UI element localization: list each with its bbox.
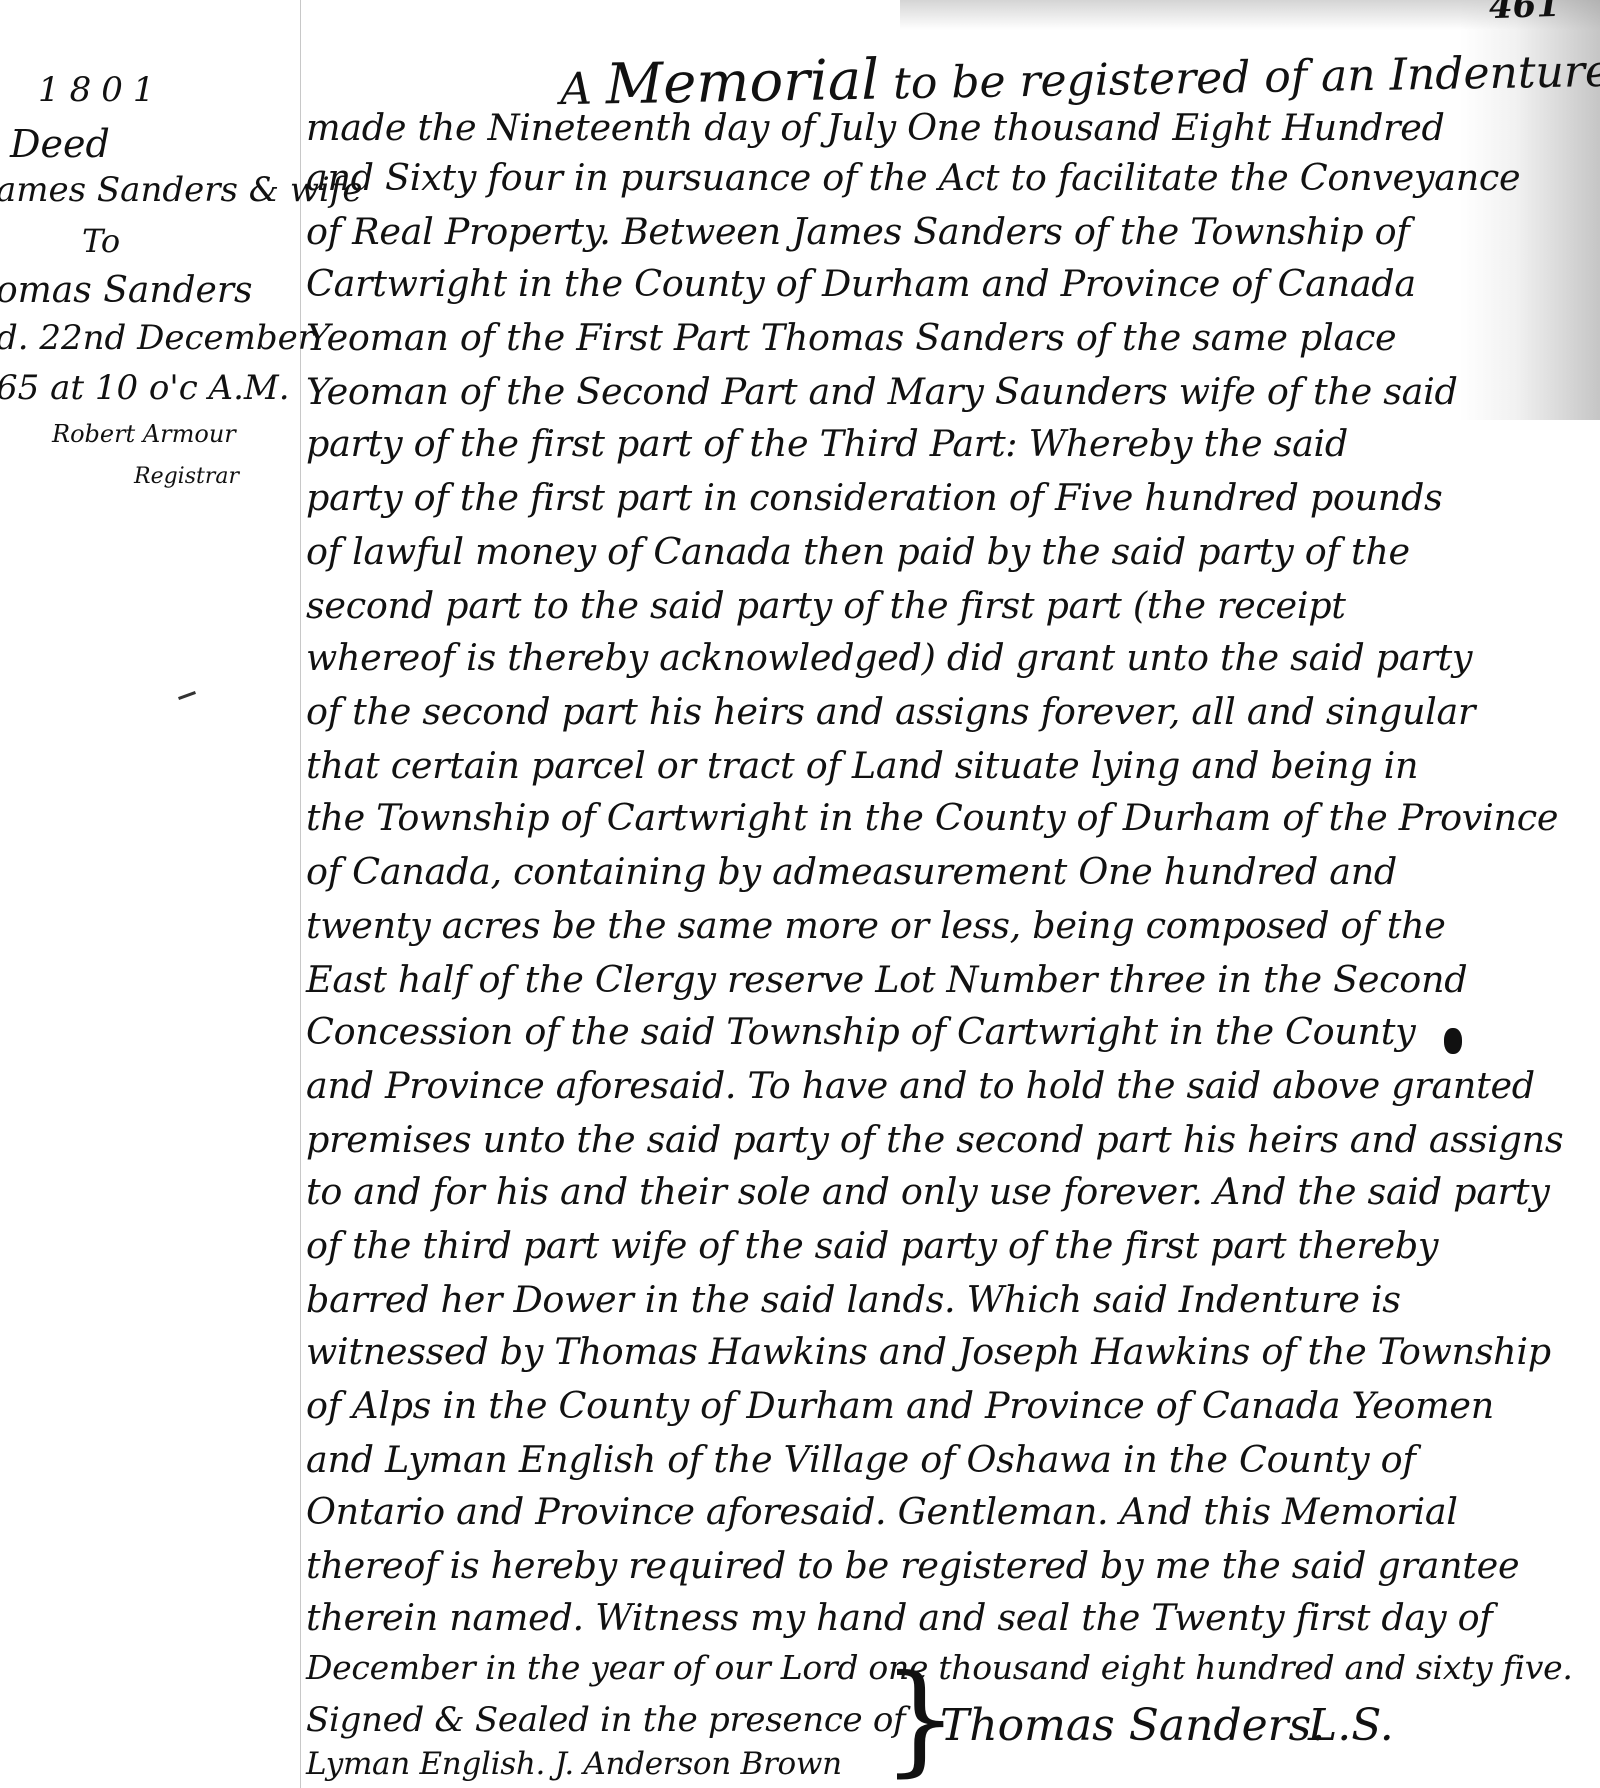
margin-registered-date: d. 22nd December (0, 318, 314, 358)
folio-number: 461 (1488, 0, 1560, 27)
body-line: that certain parcel or tract of Land sit… (306, 744, 1418, 787)
body-line: Ontario and Province aforesaid. Gentlema… (306, 1490, 1458, 1533)
body-line: of the second part his heirs and assigns… (306, 690, 1475, 733)
body-line: of lawful money of Canada then paid by t… (306, 530, 1410, 573)
body-line: barred her Dower in the said lands. Whic… (306, 1278, 1401, 1321)
body-line: the Township of Cartwright in the County… (306, 796, 1558, 839)
body-line: of Canada, containing by admeasurement O… (306, 850, 1397, 893)
body-line: made the Nineteenth day of July One thou… (306, 106, 1445, 149)
grantor-signature: Thomas Sanders. (940, 1700, 1325, 1751)
margin-number: 1801 (38, 70, 165, 110)
body-line: Concession of the said Township of Cartw… (306, 1010, 1415, 1053)
body-line: Yeoman of the First Part Thomas Sanders … (306, 316, 1396, 359)
body-line: Cartwright in the County of Durham and P… (306, 262, 1416, 305)
margin-registrar-title: Registrar (134, 464, 239, 489)
attestation-witnesses: Lyman English. J. Anderson Brown (306, 1746, 842, 1782)
body-line: East half of the Clergy reserve Lot Numb… (306, 958, 1467, 1001)
body-line: of Alps in the County of Durham and Prov… (306, 1384, 1494, 1427)
heading-rest: to be registered of an Indenture (893, 46, 1600, 110)
margin-to: To (82, 222, 120, 260)
margin-note: 1801 Deed ames Sanders & wife To omas Sa… (0, 0, 300, 500)
body-line: premises unto the said party of the seco… (306, 1118, 1563, 1161)
margin-grantee: omas Sanders (0, 270, 253, 311)
document-page: 461 1801 Deed ames Sanders & wife To oma… (0, 0, 1600, 1788)
body-line: twenty acres be the same more or less, b… (306, 904, 1446, 947)
body-line: party of the first part of the Third Par… (306, 422, 1348, 465)
body-line: party of the first part in consideration… (306, 476, 1442, 519)
margin-registered-time: 65 at 10 o'c A.M. (0, 368, 290, 408)
body-line: and Sixty four in pursuance of the Act t… (306, 156, 1520, 199)
margin-instrument: Deed (10, 122, 110, 166)
body-line: witnessed by Thomas Hawkins and Joseph H… (306, 1330, 1551, 1373)
body-line: of Real Property. Between James Sanders … (306, 210, 1410, 253)
body-line: whereof is thereby acknowledged) did gra… (306, 636, 1472, 679)
body-line: of the third part wife of the said party… (306, 1224, 1438, 1267)
body-line: thereof is hereby required to be registe… (306, 1544, 1519, 1587)
margin-registrar-signature: Robert Armour (52, 420, 236, 448)
seal-mark: L.S. (1308, 1700, 1394, 1751)
margin-rule (300, 0, 301, 1788)
body-line: and Lyman English of the Village of Osha… (306, 1438, 1416, 1481)
body-line: to and for his and their sole and only u… (306, 1170, 1550, 1213)
stray-mark (178, 691, 196, 700)
body-line: therein named. Witness my hand and seal … (306, 1596, 1492, 1639)
body-line: Yeoman of the Second Part and Mary Saund… (306, 370, 1458, 413)
ink-blot (1444, 1028, 1462, 1054)
attestation-presence: Signed & Sealed in the presence of (306, 1700, 905, 1740)
body-line: second part to the said party of the fir… (306, 584, 1346, 627)
body-line: and Province aforesaid. To have and to h… (306, 1064, 1535, 1107)
